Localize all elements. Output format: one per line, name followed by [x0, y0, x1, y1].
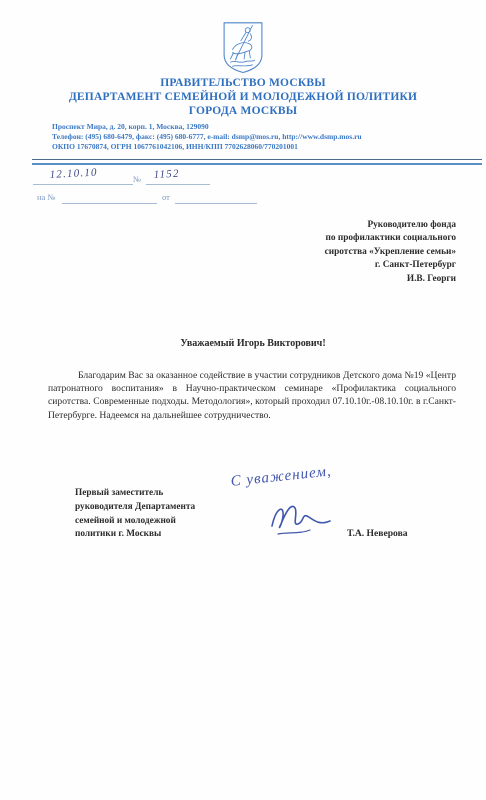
recipient-line: сиротства «Укрепление семьи» — [196, 246, 456, 259]
reply-date-underline — [175, 202, 257, 204]
signer-title-line: руководителя Департамента — [75, 501, 265, 515]
recipient-line: И.В. Георги — [196, 273, 456, 286]
signer-title-line: политики г. Москвы — [75, 528, 265, 542]
number-underline — [146, 183, 210, 185]
handwritten-outgoing-number: 1152 — [153, 168, 180, 181]
org-title-line-3: ГОРОДА МОСКВЫ — [0, 105, 486, 117]
reply-from-label: от — [162, 192, 170, 202]
handwritten-signature — [258, 496, 338, 541]
number-sign-label: № — [133, 174, 141, 184]
date-underline — [33, 183, 133, 185]
org-title-line-1: ПРАВИТЕЛЬСТВО МОСКВЫ — [0, 77, 486, 89]
address-line: Проспект Мира, д. 20, корп. 1, Москва, 1… — [52, 122, 472, 132]
salutation: Уважаемый Игорь Викторович! — [48, 338, 458, 349]
org-title-line-2: ДЕПАРТАМЕНТ СЕМЕЙНОЙ И МОЛОДЕЖНОЙ ПОЛИТИ… — [0, 91, 486, 103]
letterhead-divider-rule — [32, 159, 482, 165]
signer-title-block: Первый заместитель руководителя Департам… — [75, 487, 265, 542]
contact-block: Проспект Мира, д. 20, корп. 1, Москва, 1… — [52, 122, 472, 152]
body-paragraph: Благодарим Вас за оказанное содействие в… — [48, 369, 456, 422]
reply-number-underline — [62, 202, 157, 204]
signer-title-line: семейной и молодежной — [75, 515, 265, 529]
recipient-line: г. Санкт-Петербург — [196, 259, 456, 272]
recipient-block: Руководителю фонда по профилактики социа… — [196, 219, 456, 286]
registration-codes-line: ОКПО 17670874, ОГРН 1067761042106, ИНН/К… — [52, 142, 472, 152]
recipient-line: Руководителю фонда — [196, 219, 456, 232]
phone-line: Телефон: (495) 680-6479, факс: (495) 680… — [52, 132, 472, 142]
handwritten-date: 12.10.10 — [49, 166, 98, 181]
recipient-line: по профилактики социального — [196, 232, 456, 245]
letter-page: ПРАВИТЕЛЬСТВО МОСКВЫ ДЕПАРТАМЕНТ СЕМЕЙНО… — [0, 0, 486, 800]
signer-name: Т.А. Неверова — [347, 528, 408, 539]
reply-to-number-label: на № — [37, 192, 56, 202]
moscow-coat-of-arms-icon — [222, 21, 264, 74]
handwritten-closing: С уважением, — [230, 463, 333, 490]
